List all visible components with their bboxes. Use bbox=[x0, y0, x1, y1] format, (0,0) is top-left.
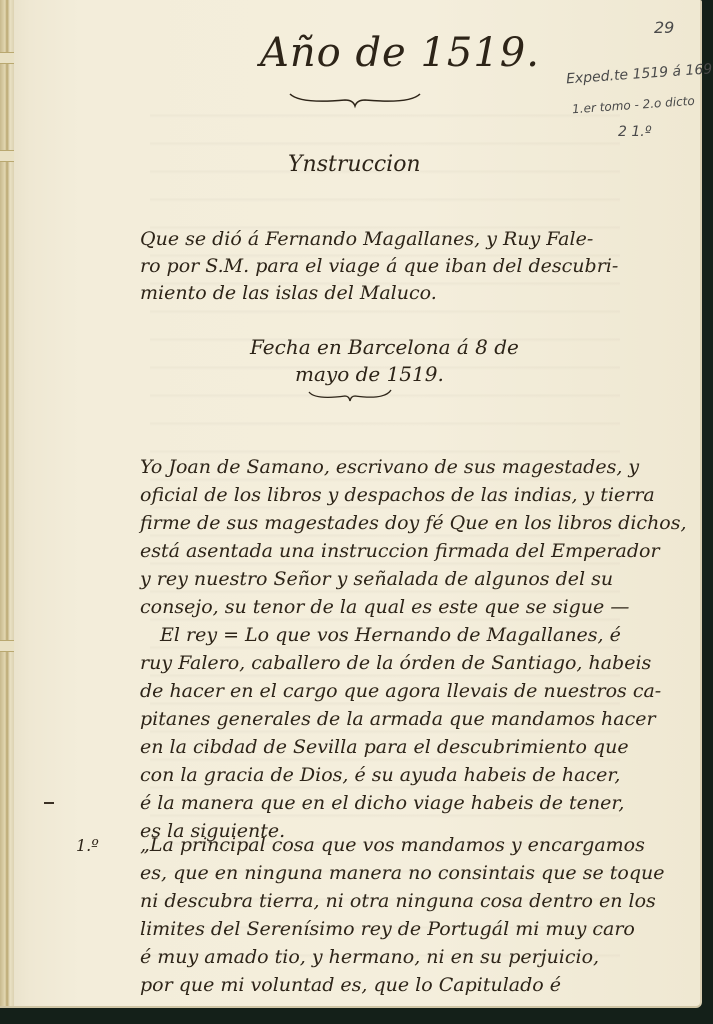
folio-number: 29 bbox=[654, 18, 674, 37]
section-line: limites del Serenísimo rey de Portugál m… bbox=[140, 918, 635, 940]
archive-note-line-3: 2 1.º bbox=[618, 124, 651, 140]
body-line: ruy Falero, caballero de la órden de San… bbox=[140, 652, 651, 674]
title-flourish-ornament bbox=[285, 88, 425, 110]
document-title: Año de 1519. bbox=[260, 30, 540, 76]
body-line: Yo Joan de Samano, escrivano de sus mage… bbox=[140, 456, 639, 478]
section-line: por que mi voluntad es, que lo Capitulad… bbox=[140, 974, 561, 996]
body-line: El rey = Lo que vos Hernando de Magallan… bbox=[160, 624, 621, 646]
binding-stitch bbox=[0, 150, 14, 162]
intro-line: Que se dió á Fernando Magallanes, y Ruy … bbox=[140, 228, 593, 250]
body-line: y rey nuestro Señor y señalada de alguno… bbox=[140, 568, 613, 590]
body-line: oficial de los libros y despachos de las… bbox=[140, 484, 655, 506]
section-line: é muy amado tio, y hermano, ni en su per… bbox=[140, 946, 599, 968]
binding-stitch bbox=[0, 640, 14, 652]
manuscript-page: 29 Exped.te 1519 á 1697 1.er tomo - 2.o … bbox=[0, 0, 702, 1008]
section-line: „La principal cosa que vos mandamos y en… bbox=[140, 834, 645, 856]
margin-dash bbox=[44, 802, 54, 804]
body-line: consejo, su tenor de la qual es este que… bbox=[140, 596, 629, 618]
section-line: ni descubra tierra, ni otra ninguna cosa… bbox=[140, 890, 656, 912]
archive-note-line-1: Exped.te 1519 á 1697 bbox=[566, 61, 713, 88]
date-line: mayo de 1519. bbox=[295, 362, 444, 386]
body-line: é la manera que en el dicho viage habeis… bbox=[140, 792, 624, 814]
margin-section-number: 1.º bbox=[76, 836, 99, 855]
date-flourish-ornament bbox=[305, 386, 395, 404]
intro-line: miento de las islas del Maluco. bbox=[140, 282, 437, 304]
body-line: firme de sus magestades doy fé Que en lo… bbox=[140, 512, 687, 534]
date-line: Fecha en Barcelona á 8 de bbox=[250, 335, 519, 359]
intro-line: ro por S.M. para el viage á que iban del… bbox=[140, 255, 618, 277]
section-line: es, que en ninguna manera no consintais … bbox=[140, 862, 664, 884]
body-line: pitanes generales de la armada que manda… bbox=[140, 708, 656, 730]
body-line: con la gracia de Dios, é su ayuda habeis… bbox=[140, 764, 620, 786]
body-line: de hacer en el cargo que agora llevais d… bbox=[140, 680, 661, 702]
body-line: está asentada una instruccion firmada de… bbox=[140, 540, 660, 562]
body-line: en la cibdad de Sevilla para el descubri… bbox=[140, 736, 629, 758]
document-subtitle: Ynstruccion bbox=[288, 152, 421, 177]
binding-stitch bbox=[0, 52, 14, 64]
